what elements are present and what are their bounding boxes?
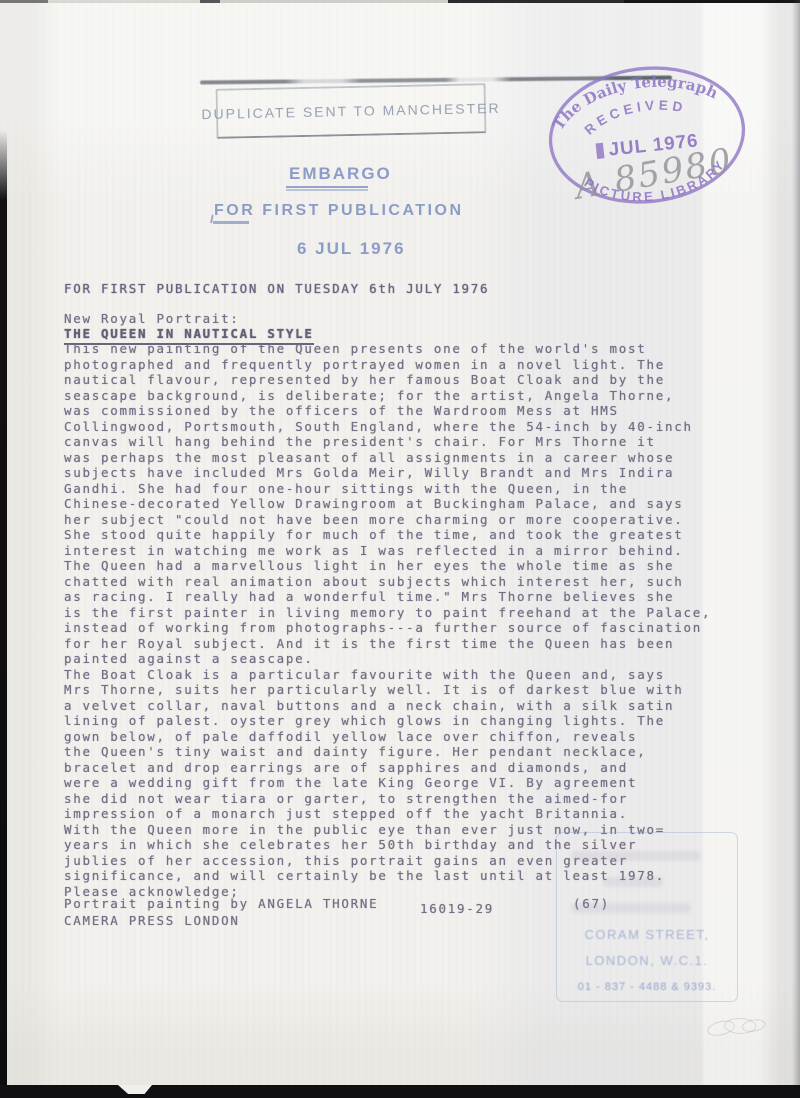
credit-lines: Portrait painting by ANGELA THORNE CAMER… — [64, 896, 378, 929]
scan-edge-right — [792, 0, 800, 1098]
received-oval-stamp: The Daily Telegraph RECEIVED JUL 1976 A … — [533, 46, 760, 223]
address-city: LONDON, W.C.1. — [557, 953, 737, 968]
letter-body: This new painting of the Queen presents … — [64, 341, 711, 899]
pencil-scribble — [700, 992, 776, 1059]
scan-edge-left — [0, 130, 7, 1098]
scan-edge-notch — [118, 1085, 152, 1094]
address-street: CORAM STREET, — [557, 927, 737, 942]
embargo-underline — [286, 186, 368, 191]
duplicate-stamp: DUPLICATE SENT TO MANCHESTER — [216, 83, 487, 139]
address-phone: 01 - 837 - 4488 & 9393. — [557, 981, 737, 993]
picture-library-address-stamp: CORAM STREET, LONDON, W.C.1. 01 - 837 - … — [556, 832, 738, 1002]
letter-subtitle: New Royal Portrait: — [64, 311, 240, 327]
embargo-underline-short — [213, 221, 249, 224]
release-line: FOR FIRST PUBLICATION ON TUESDAY 6th JUL… — [64, 281, 489, 297]
scan-edge-bottom — [0, 1085, 800, 1098]
embargo-stamp-word: EMBARGO — [289, 164, 392, 184]
illegible-stamp-line — [571, 903, 691, 913]
scan-edge-top — [0, 0, 800, 3]
illegible-stamp-line — [603, 877, 663, 887]
embargo-stamp-line2: FOR FIRST PUBLICATION — [214, 202, 464, 220]
duplicate-stamp-text: DUPLICATE SENT TO MANCHESTER — [201, 100, 501, 122]
illegible-stamp-line — [571, 851, 701, 861]
stamp-date-block — [596, 143, 605, 159]
scanned-press-release: DUPLICATE SENT TO MANCHESTER EMBARGO FOR… — [0, 0, 800, 1098]
embargo-stamp-date: 6 JUL 1976 — [297, 239, 406, 259]
negative-number: 16019-29 — [420, 901, 494, 917]
